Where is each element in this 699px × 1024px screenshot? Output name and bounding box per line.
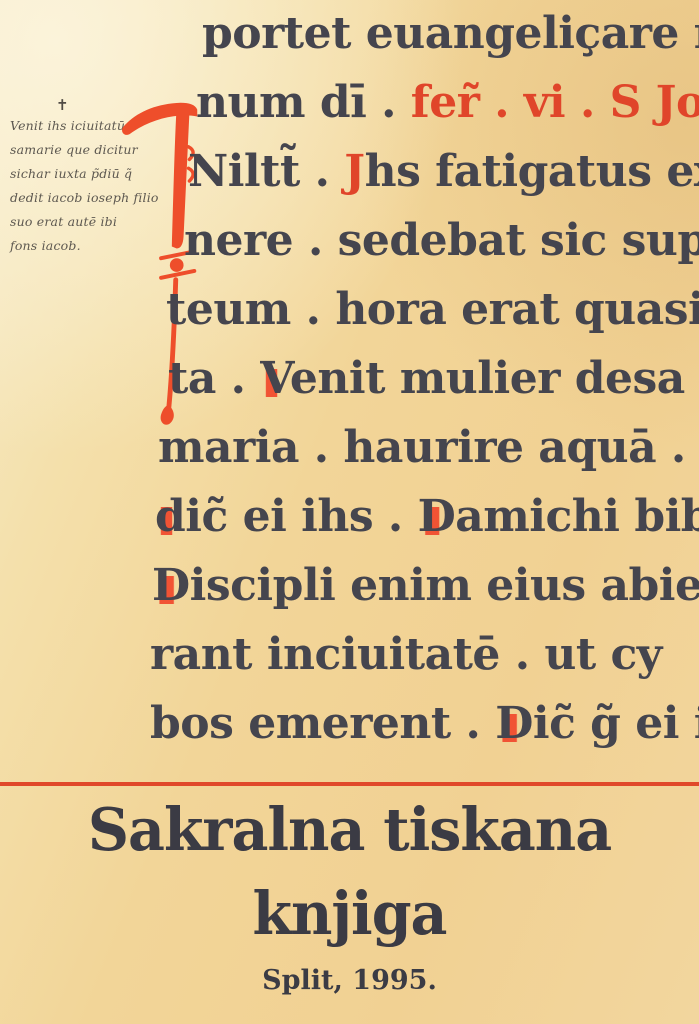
text-run: D — [152, 560, 190, 611]
text-run: iscipli enim eius abie — [190, 560, 699, 611]
text-run: rant inciuitatē . ut cy — [150, 629, 662, 680]
text-run: portet euangeliçare reg — [202, 8, 699, 59]
text-run: enit mulier desa — [290, 353, 685, 404]
text-run: bos emerent . — [150, 698, 495, 749]
manuscript-line: bos emerent . Dic̃ g̃ ei illa — [150, 692, 699, 761]
text-run: Niltt̃ . — [188, 146, 344, 197]
manuscript-text-block: portet euangeliçare regnum dī . fer̃ . v… — [150, 2, 699, 761]
text-run: J — [344, 146, 364, 197]
manuscript-line: num dī . fer̃ . vi . S Johm . — [150, 71, 699, 140]
text-run: D — [495, 698, 533, 749]
book-cover: ✝ Venit ihs iciuitatūsamarie que dicitur… — [0, 0, 699, 1024]
manuscript-line: dic̃ ei ihs . Damichi bibē — [150, 485, 699, 554]
text-run: ic̃ ei ihs . — [185, 491, 417, 542]
text-run: d — [155, 491, 185, 542]
manuscript-line: Niltt̃ . Jhs fatigatus exitj — [150, 140, 699, 209]
text-run: V — [260, 353, 290, 404]
text-run: nere . sedebat sic sup pu — [184, 215, 699, 266]
text-run: hs fatigatus exitj — [365, 146, 699, 197]
imprint: Split, 1995. — [0, 964, 699, 998]
manuscript-line: ta . Venit mulier desa — [150, 347, 699, 416]
text-run: num dī . — [196, 77, 411, 128]
manuscript-line: maria . haurire aquā . — [150, 416, 699, 485]
title-block: Sakralna tiskana knjiga Split, 1995. — [0, 788, 699, 998]
manuscript-line: teum . hora erat quasi sex — [150, 278, 699, 347]
text-run: fer̃ . vi . S Johm . — [411, 77, 699, 128]
manuscript-line: Discipli enim eius abie — [150, 554, 699, 623]
text-run: D — [418, 491, 456, 542]
manuscript-line: rant inciuitatē . ut cy — [150, 623, 699, 692]
title-line-2: knjiga — [0, 870, 699, 957]
text-run: maria . haurire aquā . — [158, 422, 686, 473]
title-line-1: Sakralna tiskana — [0, 786, 699, 873]
manuscript-line: nere . sedebat sic sup pu — [150, 209, 699, 278]
text-run: ic̃ g̃ ei illa — [533, 698, 699, 749]
manuscript-line: portet euangeliçare reg — [150, 2, 699, 71]
text-run: teum . hora erat quasi sex — [166, 284, 699, 335]
text-run: ta . — [168, 353, 260, 404]
text-run: amichi bibē — [455, 491, 699, 542]
